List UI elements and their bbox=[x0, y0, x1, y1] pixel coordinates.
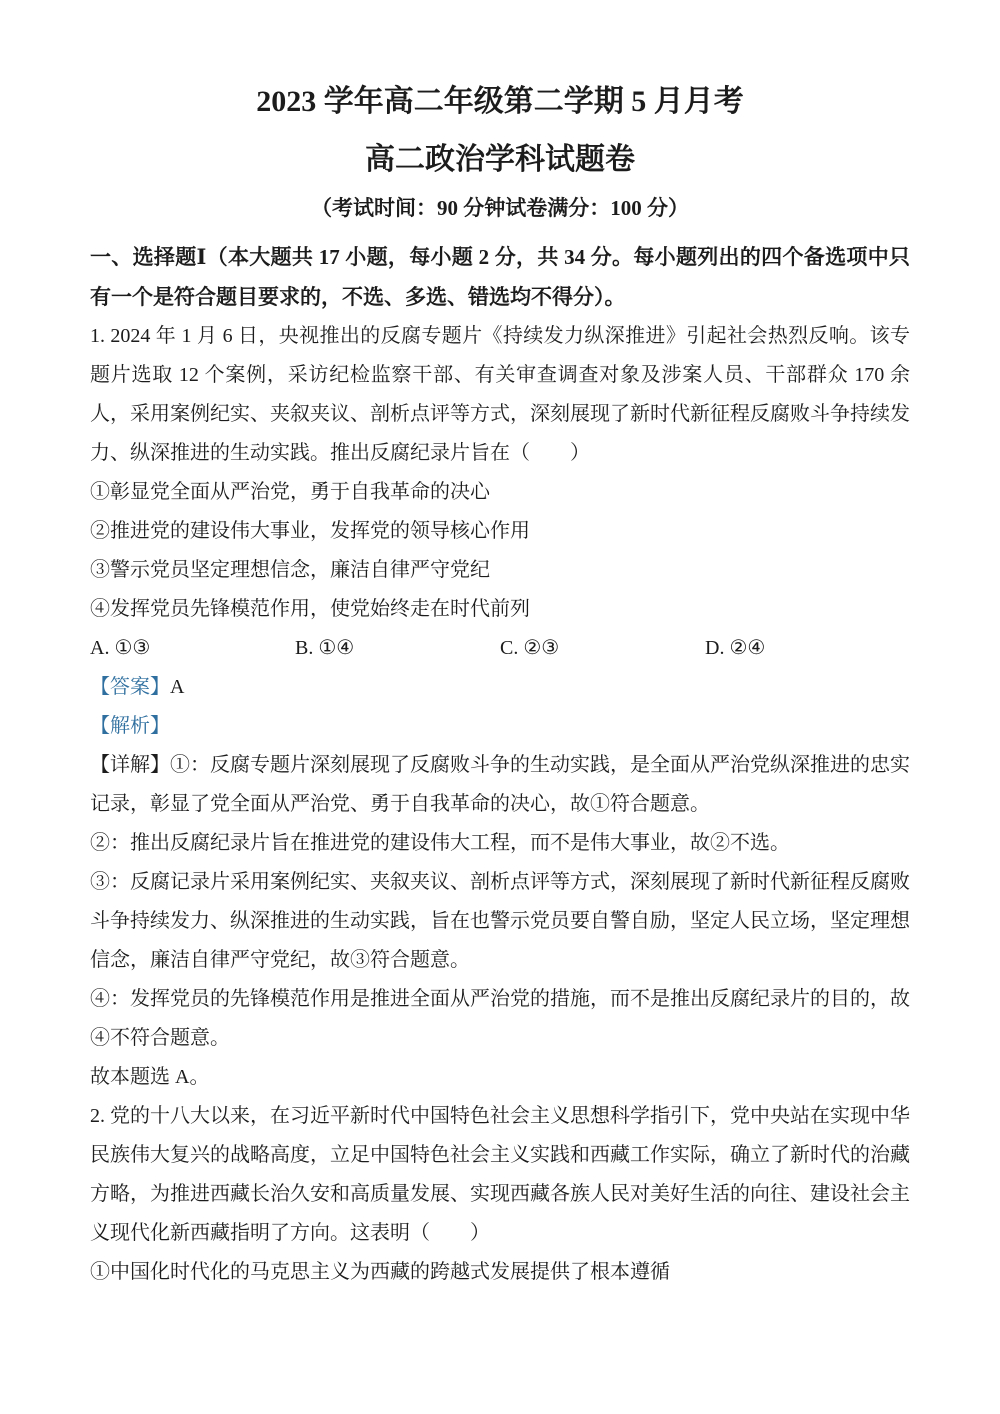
exam-subtitle: 高二政治学科试题卷 bbox=[90, 142, 910, 178]
question1-statement-4: ④发挥党员先锋模范作用，使党始终走在时代前列 bbox=[90, 590, 910, 629]
question1-detail-paragraph-3: ③：反腐记录片采用案例纪实、夹叙夹议、剖析点评等方式，深刻展现了新时代新征程反腐… bbox=[90, 863, 910, 980]
question1-choices-row: A. ①③ B. ①④ C. ②③ D. ②④ bbox=[90, 629, 910, 668]
exam-title: 2023 学年高二年级第二学期 5 月月考 bbox=[90, 84, 910, 120]
exam-info: （考试时间：90 分钟试卷满分：100 分） bbox=[90, 194, 910, 223]
question2-stem: 2. 党的十八大以来，在习近平新时代中国特色社会主义思想科学指引下，党中央站在实… bbox=[90, 1097, 910, 1253]
answer-label: 【答案】 bbox=[90, 676, 170, 698]
question1-answer-value: A bbox=[170, 676, 184, 698]
exam-paper-page: 2023 学年高二年级第二学期 5 月月考 高二政治学科试题卷 （考试时间：90… bbox=[0, 0, 1000, 1414]
question2-statement-1: ①中国化时代化的马克思主义为西藏的跨越式发展提供了根本遵循 bbox=[90, 1253, 910, 1292]
question1-stem: 1. 2024 年 1 月 6 日，央视推出的反腐专题片《持续发力纵深推进》引起… bbox=[90, 317, 910, 473]
question1-detail-paragraph-2: ②：推出反腐纪录片旨在推进党的建设伟大工程，而不是伟大事业，故②不选。 bbox=[90, 824, 910, 863]
question1-detail-text-1: ①：反腐专题片深刻展现了反腐败斗争的生动实践，是全面从严治党纵深推进的忠实记录，… bbox=[90, 754, 910, 815]
question1-choice-a: A. ①③ bbox=[90, 629, 295, 668]
question1-statement-1: ①彰显党全面从严治党，勇于自我革命的决心 bbox=[90, 473, 910, 512]
question1-statement-2: ②推进党的建设伟大事业，发挥党的领导核心作用 bbox=[90, 512, 910, 551]
question1-choice-d: D. ②④ bbox=[705, 629, 910, 668]
question1-statement-3: ③警示党员坚定理想信念，廉洁自律严守党纪 bbox=[90, 551, 910, 590]
question1-choice-b: B. ①④ bbox=[295, 629, 500, 668]
question1-detail-paragraph-4: ④：发挥党员的先锋模范作用是推进全面从严治党的措施，而不是推出反腐纪录片的目的，… bbox=[90, 980, 910, 1058]
analysis-label: 【解析】 bbox=[90, 715, 170, 737]
question1-detail-paragraph-1: 【详解】①：反腐专题片深刻展现了反腐败斗争的生动实践，是全面从严治党纵深推进的忠… bbox=[90, 746, 910, 824]
question1-analysis-line: 【解析】 bbox=[90, 707, 910, 746]
question1-choice-c: C. ②③ bbox=[500, 629, 705, 668]
question1-conclusion: 故本题选 A。 bbox=[90, 1058, 910, 1097]
question1-answer-line: 【答案】A bbox=[90, 668, 910, 707]
detail-label: 【详解】 bbox=[90, 754, 170, 776]
section1-heading: 一、选择题Ⅰ（本大题共 17 小题，每小题 2 分，共 34 分。每小题列出的四… bbox=[90, 237, 910, 317]
